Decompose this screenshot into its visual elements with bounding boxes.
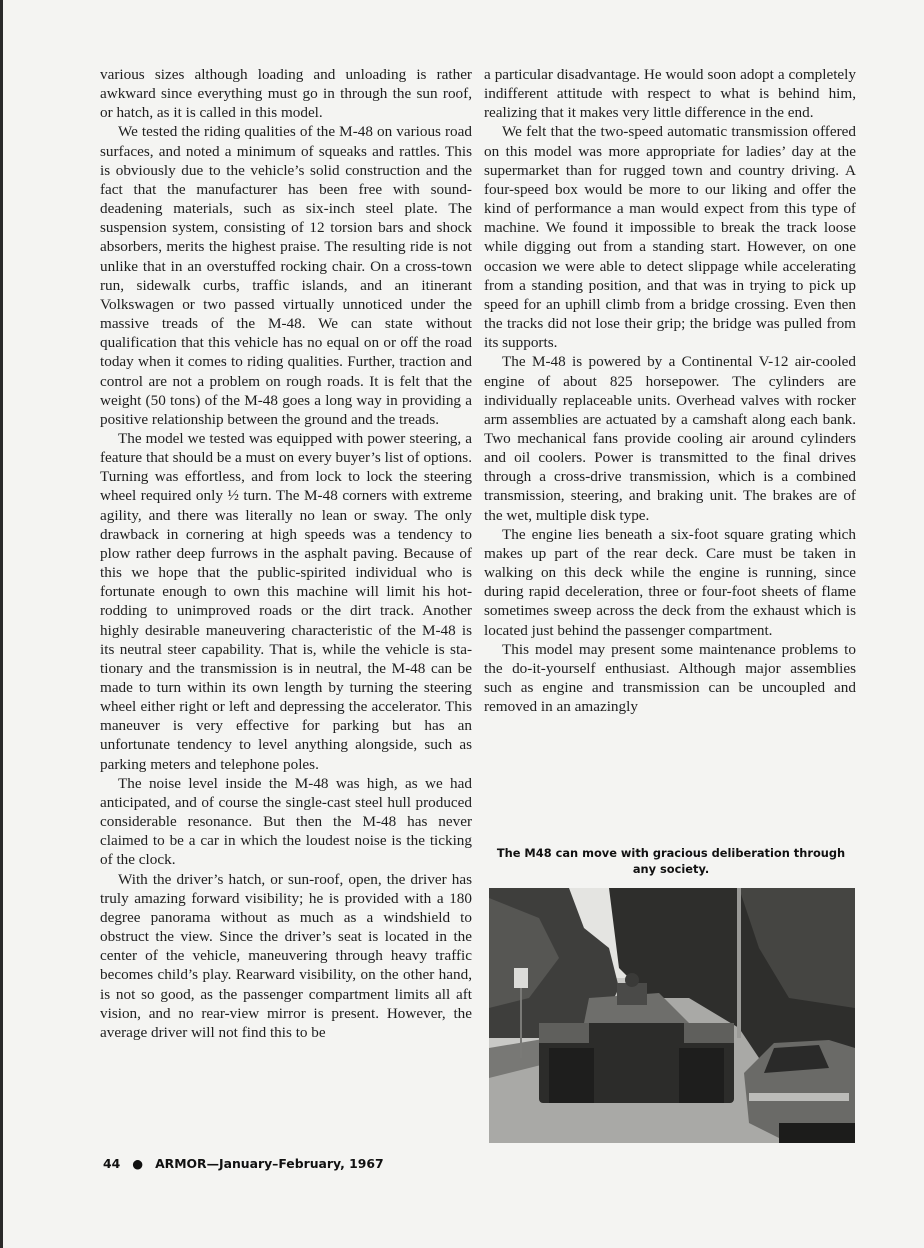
paragraph: We felt that the two-speed automatic tra… bbox=[484, 122, 856, 352]
page-edge bbox=[0, 0, 3, 1248]
paragraph: We tested the riding qualities of the M-… bbox=[100, 122, 472, 429]
page-number: 44 bbox=[103, 1156, 120, 1171]
page-footer: 44●ARMOR—January–February, 1967 bbox=[103, 1156, 384, 1171]
tank-photo bbox=[489, 888, 855, 1143]
right-column: a particular disadvantage. He would soon… bbox=[484, 65, 856, 716]
paragraph: This model may present some maintenance … bbox=[484, 640, 856, 717]
bullet-icon: ● bbox=[132, 1156, 143, 1171]
paragraph: With the driver’s hatch, or sun-roof, op… bbox=[100, 870, 472, 1042]
paragraph: The engine lies beneath a six-foot squar… bbox=[484, 525, 856, 640]
paragraph: various sizes although loading and unloa… bbox=[100, 65, 472, 122]
tank-street-image bbox=[489, 888, 855, 1143]
left-column: various sizes although loading and unloa… bbox=[100, 65, 472, 1042]
paragraph: The noise level inside the M-48 was high… bbox=[100, 774, 472, 870]
paragraph: a particular disadvantage. He would soon… bbox=[484, 65, 856, 122]
publication-info: ARMOR—January–February, 1967 bbox=[155, 1156, 384, 1171]
paragraph: The M-48 is powered by a Continental V-1… bbox=[484, 352, 856, 524]
paragraph: The model we tested was equipped with po… bbox=[100, 429, 472, 774]
figure-caption: The M48 can move with gracious deliberat… bbox=[486, 845, 856, 877]
